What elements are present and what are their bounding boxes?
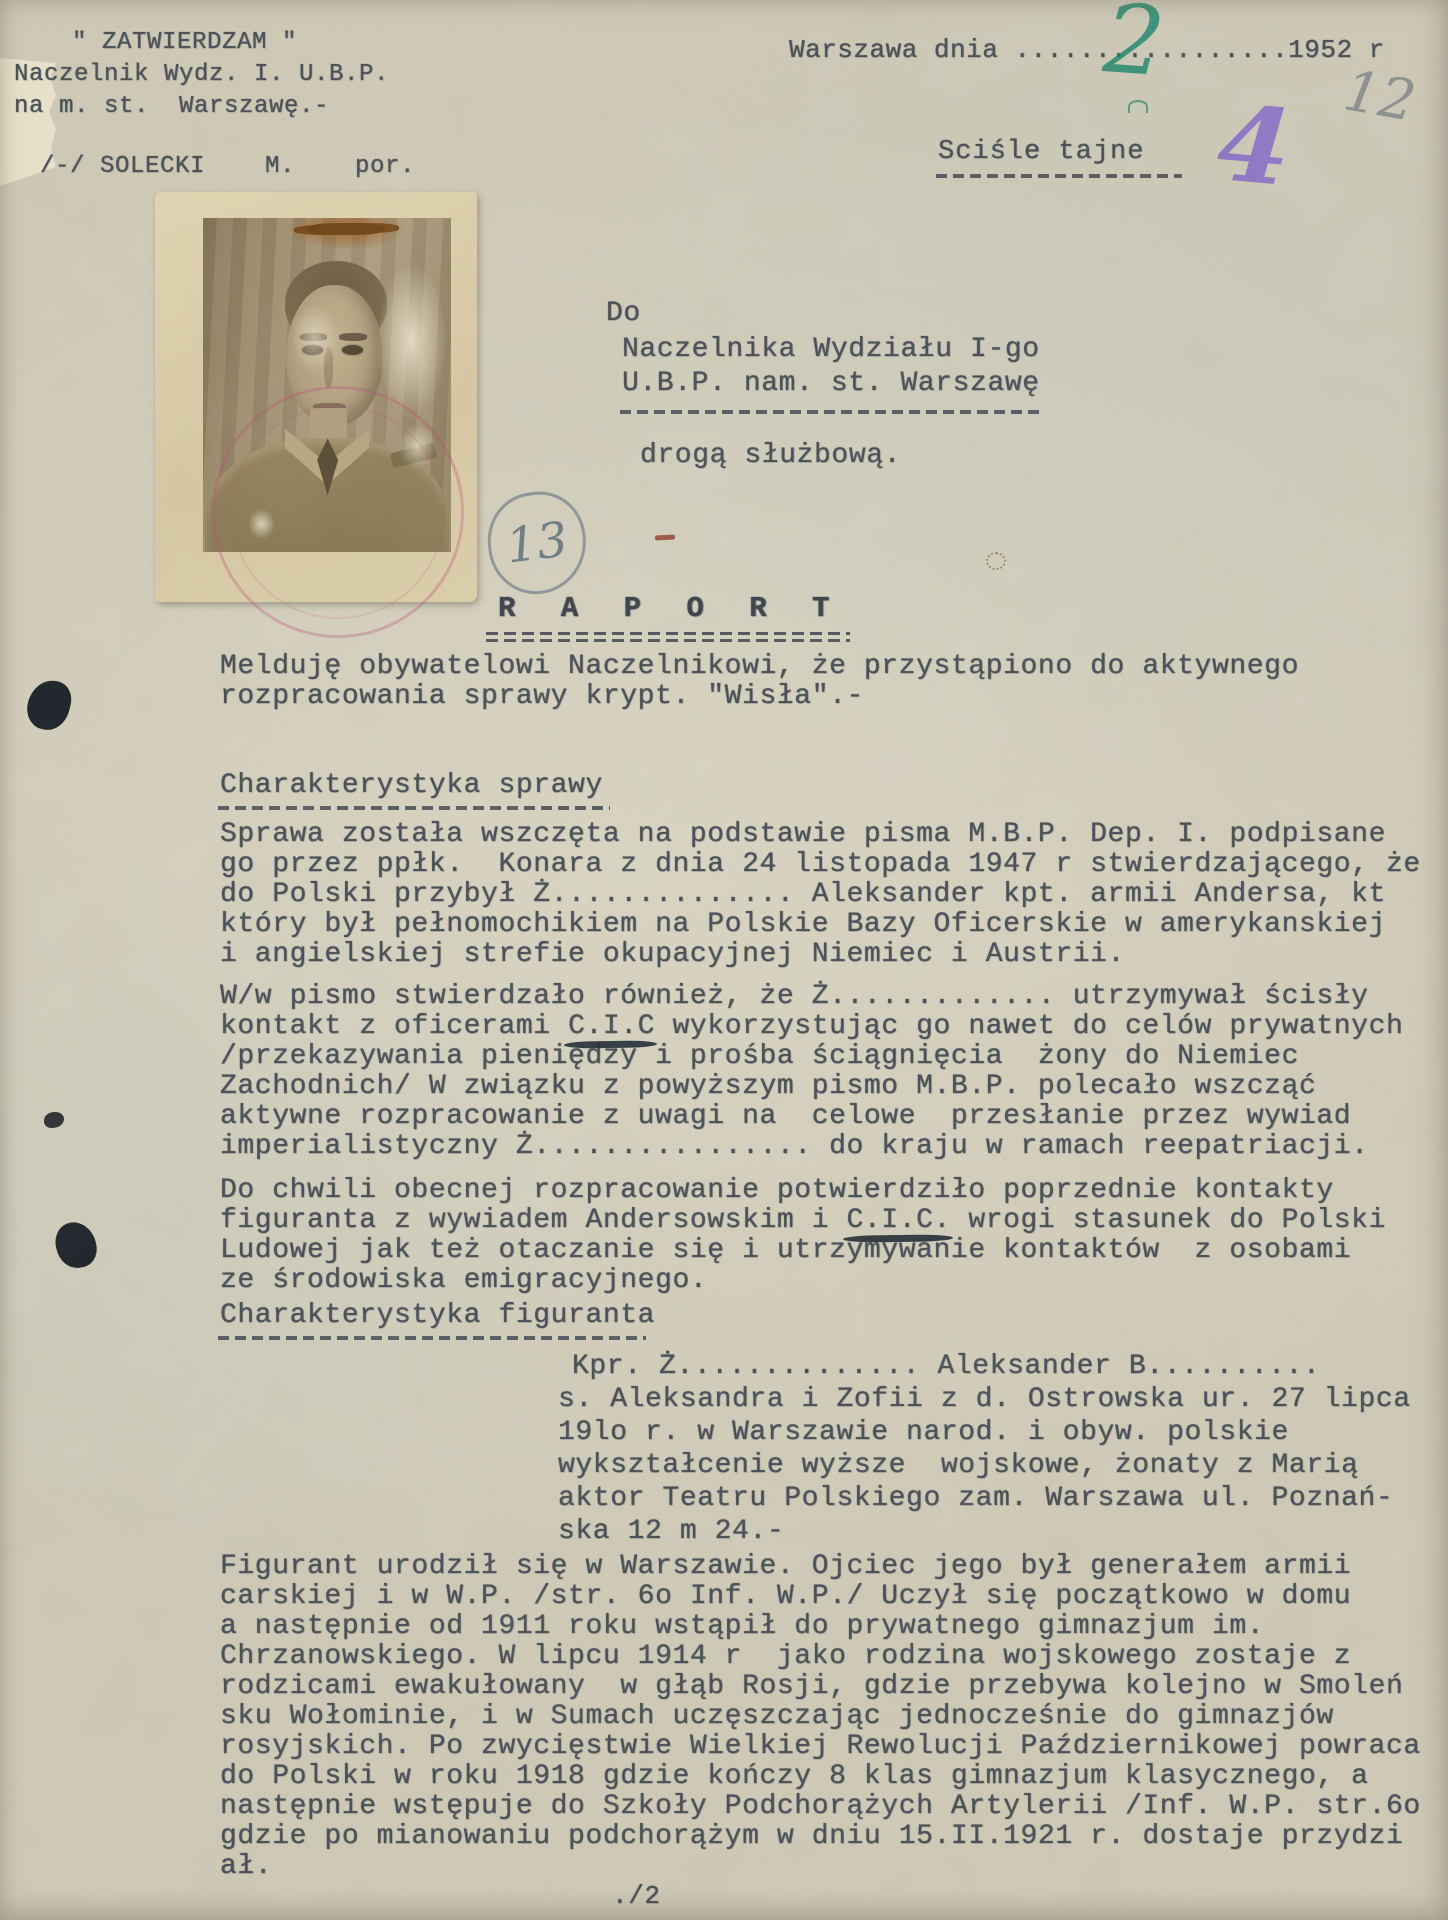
text-line: Kpr. Ż.............. Aleksander B.......… [572, 1350, 1411, 1383]
text-line: Melduję obywatelowi Naczelnikowi, że prz… [220, 652, 1299, 682]
dateline: Warszawa dnia .................1952 r [789, 34, 1385, 66]
report-title-underline [486, 632, 850, 642]
text-line: rozpracowania sprawy krypt. "Wisła".- [220, 682, 1299, 712]
address-line2: U.B.P. nam. st. Warszawę [622, 368, 1040, 399]
approval-signature: /-/ SOLECKI M. por. [40, 152, 415, 182]
text-line: Chrzanowskiego. W lipcu 1914 r jako rodz… [220, 1642, 1421, 1672]
paper-speck [986, 552, 1006, 570]
section-heading-case-underline [218, 806, 610, 810]
text-line: kontakt z oficerami C.I.C wykorzystując … [220, 1012, 1403, 1042]
approval-title-line1: Naczelnik Wydz. I. U.B.P. [14, 60, 389, 90]
approval-title-line2: na m. st. Warszawę.- [14, 92, 329, 122]
text-line: /przekazywania pieniędzy i prośba ściągn… [220, 1042, 1403, 1072]
classification-underline [936, 174, 1182, 178]
section-heading-case: Charakterystyka sprawy [220, 770, 603, 801]
text-line: a następnie od 1911 roku wstąpił do pryw… [220, 1612, 1421, 1642]
ink-underlined-text: C.I.C [568, 1011, 655, 1042]
handwritten-mark-purple: 4 [1213, 81, 1296, 210]
text-line: ska 12 m 24.- [558, 1515, 1411, 1548]
text-line: do Polski w roku 1918 gdzie kończy 8 kla… [220, 1762, 1421, 1792]
ink-blot [23, 676, 76, 735]
text-line: wykształcenie wyższe wojskowe, żonaty z … [558, 1449, 1411, 1482]
figurant-bio-paragraph: Figurant urodził się w Warszawie. Ojciec… [220, 1552, 1421, 1882]
address-salutation: Do [606, 298, 641, 329]
text-line: Zachodnich/ W związku z powyższym pismo … [220, 1072, 1403, 1102]
photo-damage-patch [292, 305, 337, 372]
text-line: s. Aleksandra i Zofii z d. Ostrowska ur.… [558, 1383, 1411, 1416]
pencil-page-number: 12 [1339, 58, 1420, 134]
text-line: aktor Teatru Polskiego zam. Warszawa ul.… [558, 1482, 1411, 1515]
section-heading-figurant: Charakterystyka figuranta [220, 1300, 655, 1331]
text-line: imperialistyczny Ż................ do kr… [220, 1132, 1403, 1162]
text-line: ze środowiska emigracyjnego. [220, 1266, 1386, 1296]
approval-quote: " ZATWIERDZAM " [72, 28, 297, 58]
figurant-details-block: Kpr. Ż.............. Aleksander B.......… [558, 1350, 1411, 1548]
ink-underlined-text: C.I.C. [847, 1205, 951, 1236]
text-line: 19lo r. w Warszawie narod. i obyw. polsk… [558, 1416, 1411, 1449]
text-line: ał. [220, 1852, 1421, 1882]
page-continuation-mark: ./2 [612, 1880, 661, 1912]
text-line: aktywne rozpracowanie z uwagi na celowe … [220, 1102, 1403, 1132]
case-paragraph-3: Do chwili obecnej rozpracowanie potwierd… [220, 1176, 1386, 1296]
text-line: następnie wstępuje do Szkoły Podchorążyc… [220, 1792, 1421, 1822]
photo-eye [342, 345, 363, 355]
text-line: rosyjskich. Po zwycięstwie Wielkiej Rewo… [220, 1732, 1421, 1762]
scanned-document-page: " ZATWIERDZAM " Naczelnik Wydz. I. U.B.P… [0, 0, 1448, 1920]
green-pen-tick [1128, 100, 1148, 113]
text-line: sku Wołominie, i w Sumach uczęszczając j… [220, 1702, 1421, 1732]
text-line: W/w pismo stwierdzało również, że Ż.....… [220, 982, 1403, 1012]
red-ink-dash [655, 534, 675, 540]
circled-registry-number: 13 [482, 486, 592, 599]
text-line: go przez ppłk. Konara z dnia 24 listopad… [220, 850, 1421, 880]
address-underline [620, 410, 1044, 414]
case-paragraph-2: W/w pismo stwierdzało również, że Ż.....… [220, 982, 1403, 1162]
round-stamp-imprint [212, 386, 464, 638]
ink-blot [44, 1112, 64, 1128]
photo-brow [339, 333, 366, 340]
text-line: do Polski przybył Ż.............. Aleksa… [220, 880, 1421, 910]
registry-number-text: 13 [503, 511, 570, 574]
text-line: gdzie po mianowaniu podchorążym w dniu 1… [220, 1822, 1421, 1852]
classification-label: Sciśle tajne [938, 136, 1144, 168]
ink-blot [52, 1219, 99, 1271]
handwritten-day-green: 2 [1100, 0, 1168, 98]
case-paragraph-1: Sprawa została wszczęta na podstawie pis… [220, 820, 1421, 970]
text-line: Sprawa została wszczęta na podstawie pis… [220, 820, 1421, 850]
address-line1: Naczelnika Wydziału I-go [622, 334, 1040, 365]
address-via: drogą służbową. [640, 440, 901, 471]
text-line: Do chwili obecnej rozpracowanie potwierd… [220, 1176, 1386, 1206]
text-line: figuranta z wywiadem Andersowskim i C.I.… [220, 1206, 1386, 1236]
text-line: i angielskiej strefie okupacyjnej Niemie… [220, 940, 1421, 970]
section-heading-figurant-underline [218, 1336, 646, 1340]
photo-rust-stain-core [307, 223, 384, 235]
report-title: R A P O R T [498, 592, 843, 625]
text-line: Figurant urodził się w Warszawie. Ojciec… [220, 1552, 1421, 1582]
text-line: który był pełnomochikiem na Polskie Bazy… [220, 910, 1421, 940]
text-line: rodzicami ewakułowany w głąb Rosji, gdzi… [220, 1672, 1421, 1702]
intro-paragraph: Melduję obywatelowi Naczelnikowi, że prz… [220, 652, 1299, 712]
text-line: carskiej i w W.P. /str. 6o Inf. W.P./ Uc… [220, 1582, 1421, 1612]
text-line: Ludowej jak też otaczanie się i utrzymyw… [220, 1236, 1386, 1266]
